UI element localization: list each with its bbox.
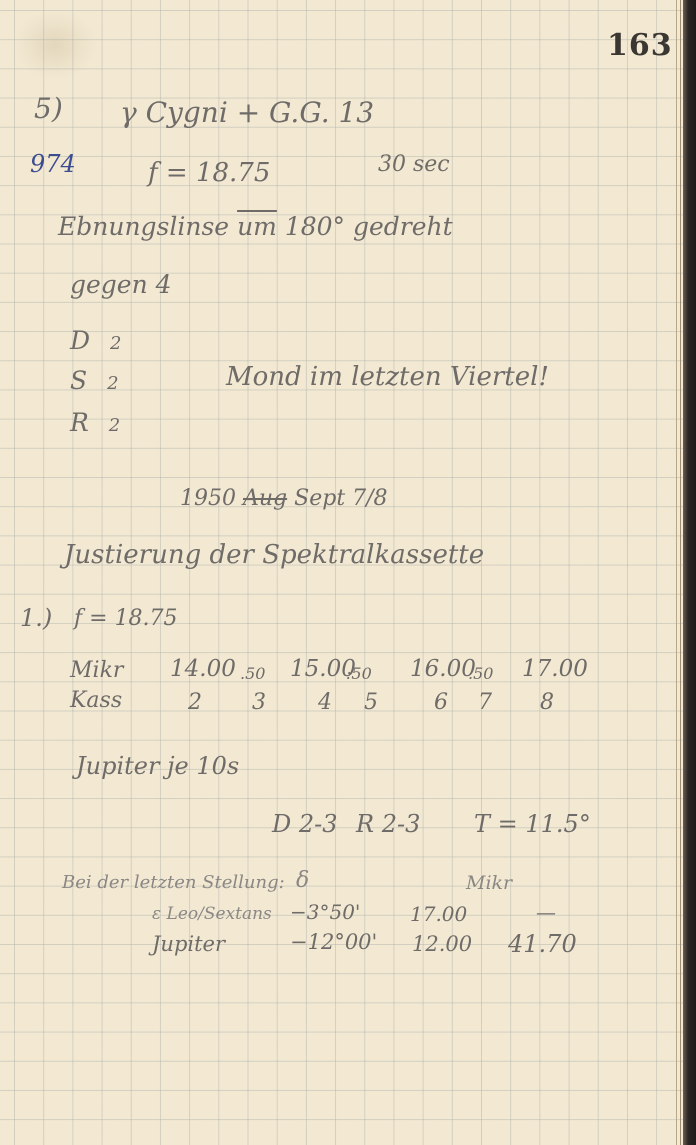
- col-mikr: Mikr: [466, 872, 512, 894]
- entry-label: 5): [34, 92, 63, 125]
- page-edge: [680, 0, 681, 1145]
- rating-letter: S: [70, 366, 87, 395]
- date-year: 1950: [180, 486, 236, 511]
- rating-item: R 2: [70, 408, 120, 437]
- session-date: 1950 Aug Sept 7/8: [180, 486, 388, 511]
- mikr-cell: 16.00: [410, 656, 476, 682]
- exposure-value: 30 sec: [378, 152, 450, 177]
- row-label-mikr: Mikr: [70, 658, 123, 683]
- note-lens-a: Ebnungslinse: [58, 212, 229, 241]
- item-label: 1.): [20, 604, 52, 632]
- value-cell: 17.00: [410, 902, 467, 926]
- kass-cell: 2: [188, 690, 202, 715]
- row-label-kass: Kass: [70, 688, 122, 713]
- notebook-binding: [683, 0, 696, 1145]
- kass-cell: 4: [318, 690, 332, 715]
- jupiter-note: Jupiter je 10s: [76, 752, 239, 780]
- value-cell: 12.00: [412, 932, 472, 956]
- date-struck: Aug: [243, 486, 287, 511]
- object-name: Jupiter: [152, 932, 225, 956]
- col-delta: δ: [296, 868, 309, 893]
- page-edge: [676, 0, 677, 1145]
- kass-cell: 7: [478, 690, 492, 715]
- result-d: D 2-3: [272, 810, 338, 838]
- mikr-cell: .50: [468, 664, 493, 683]
- session-focus: f = 18.75: [74, 606, 178, 631]
- mikr-cell: 14.00: [170, 656, 236, 682]
- result-t: T = 11.5°: [474, 810, 591, 838]
- rating-letter: R: [70, 408, 89, 437]
- page-number: 163: [607, 28, 673, 63]
- rating-value: 2: [110, 333, 121, 354]
- entry-title: γ Cygni + G.G. 13: [120, 96, 374, 129]
- position-caption: Bei der letzten Stellung:: [62, 872, 285, 893]
- focus-value: f = 18.75: [148, 158, 270, 188]
- rating-item: D 2: [70, 326, 121, 355]
- note-lens-b: um: [237, 212, 277, 241]
- delta-value: −12°00': [290, 930, 377, 954]
- mikr-cell: —: [536, 900, 556, 924]
- notebook-page: 163 5) γ Cygni + G.G. 13 974 f = 18.75 3…: [0, 0, 683, 1145]
- rating-item: S 2: [70, 366, 119, 395]
- session-heading: Justierung der Spektralkassette: [64, 540, 484, 570]
- mikr-cell: 17.00: [522, 656, 588, 682]
- note-against: gegen 4: [70, 270, 172, 299]
- delta-value: −3°50': [290, 900, 360, 924]
- plate-number: 974: [30, 150, 76, 178]
- kass-cell: 6: [434, 690, 448, 715]
- note-lens-c: 180° gedreht: [285, 212, 453, 241]
- date-rest: Sept 7/8: [294, 486, 387, 511]
- object-name: ε Leo/Sextans: [152, 904, 272, 924]
- kass-cell: 5: [364, 690, 378, 715]
- rating-value: 2: [109, 415, 120, 436]
- mikr-cell: :50: [346, 664, 372, 683]
- mikr-cell: .50: [240, 664, 265, 683]
- rating-value: 2: [107, 373, 118, 394]
- moon-note: Mond im letzten Viertel!: [226, 362, 549, 392]
- mikr-cell: 41.70: [508, 930, 577, 958]
- rating-letter: D: [70, 326, 90, 355]
- kass-cell: 3: [252, 690, 266, 715]
- kass-cell: 8: [540, 690, 554, 715]
- result-r: R 2-3: [356, 810, 420, 838]
- note-lens: Ebnungslinse um 180° gedreht: [58, 212, 453, 241]
